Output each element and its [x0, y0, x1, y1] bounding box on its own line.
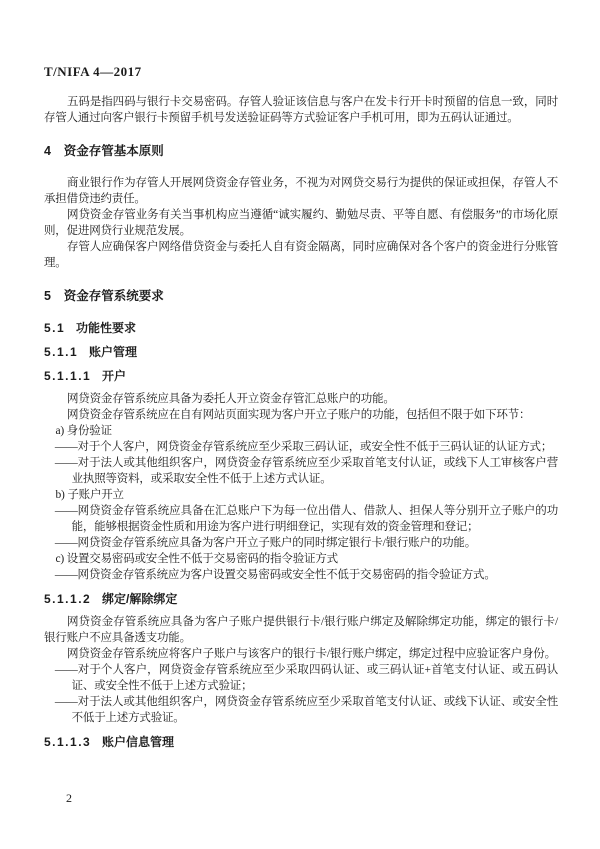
heading-title: 账户信息管理	[102, 735, 174, 749]
document-page: T/NIFA 4—2017 五码是指四码与银行卡交易密码。存管人验证该信息与客户…	[0, 0, 600, 849]
clause-b-label: b) 子账户开立	[56, 487, 559, 503]
section-5-heading: 5资金存管系统要求	[44, 288, 558, 304]
heading-title: 开户	[102, 369, 126, 383]
heading-title: 功能性要求	[76, 321, 136, 335]
section-4-heading: 4资金存管基本原则	[44, 143, 558, 159]
intro-paragraph-five-code: 五码是指四码与银行卡交易密码。存管人验证该信息与客户在发卡行开卡时预留的信息一致…	[44, 94, 558, 126]
dash-item: ——对于个人客户，网贷资金存管系统应至少采取三码认证，或安全性不低于三码认证的认…	[44, 439, 558, 455]
section-5-1-1-1-heading: 5.1.1.1开户	[44, 368, 558, 384]
clause-c-label: c) 设置交易密码或安全性不低于交易密码的指令验证方式	[56, 551, 559, 567]
dash-item: ——网贷资金存管系统应具备为客户开立子账户的同时绑定银行卡/银行账户的功能。	[44, 535, 558, 551]
bind-unbind-paragraph: 网贷资金存管系统应将客户子账户与该客户的银行卡/银行账户绑定，绑定过程中应验证客…	[44, 646, 558, 662]
heading-title: 资金存管系统要求	[64, 289, 164, 303]
section-5-1-heading: 5.1功能性要求	[44, 320, 558, 336]
section-5-1-1-3-heading: 5.1.1.3账户信息管理	[44, 734, 558, 750]
heading-number: 5.1.1.2	[44, 592, 91, 606]
section-5-1-1-2-heading: 5.1.1.2绑定/解除绑定	[44, 591, 558, 607]
section-4-paragraph: 存管人应确保客户网络借贷资金与委托人自有资金隔离，同时应确保对各个客户的资金进行…	[44, 239, 558, 271]
open-account-paragraph: 网贷资金存管系统应在自有网站页面实现为客户开立子账户的功能，包括但不限于如下环节…	[44, 407, 558, 423]
dash-item: ——对于法人或其他组织客户，网贷资金存管系统应至少采取首笔支付认证、或线下认证、…	[44, 694, 558, 726]
dash-item: ——对于法人或其他组织客户，网贷资金存管系统应至少采取首笔支付认证，或线下人工审…	[44, 455, 558, 487]
dash-item: ——对于个人客户，网贷资金存管系统应至少采取四码认证、或三码认证+首笔支付认证、…	[44, 662, 558, 694]
heading-number: 4	[44, 144, 52, 158]
bind-unbind-paragraph: 网贷资金存管系统应具备为客户子账户提供银行卡/银行账户绑定及解除绑定功能，绑定的…	[44, 614, 558, 646]
section-4-paragraph: 商业银行作为存管人开展网贷资金存管业务，不视为对网贷交易行为提供的保证或担保，存…	[44, 175, 558, 207]
page-number: 2	[66, 791, 72, 805]
heading-title: 资金存管基本原则	[64, 144, 164, 158]
dash-item: ——网贷资金存管系统应具备在汇总账户下为每一位出借人、借款人、担保人等分别开立子…	[44, 503, 558, 535]
section-5-1-1-heading: 5.1.1账户管理	[44, 344, 558, 360]
heading-number: 5.1.1.3	[44, 735, 91, 749]
heading-number: 5.1.1.1	[44, 369, 91, 383]
heading-number: 5.1	[44, 321, 65, 335]
heading-title: 账户管理	[89, 345, 137, 359]
heading-title: 绑定/解除绑定	[102, 592, 177, 606]
section-4-paragraph: 网贷资金存管业务有关当事机构应当遵循“诚实履约、勤勉尽责、平等自愿、有偿服务”的…	[44, 207, 558, 239]
standard-number: T/NIFA 4—2017	[44, 64, 558, 80]
clause-a-label: a) 身份验证	[56, 423, 559, 439]
dash-item: ——网贷资金存管系统应为客户设置交易密码或安全性不低于交易密码的指令验证方式。	[44, 567, 558, 583]
open-account-paragraph: 网贷资金存管系统应具备为委托人开立资金存管汇总账户的功能。	[44, 391, 558, 407]
heading-number: 5.1.1	[44, 345, 78, 359]
heading-number: 5	[44, 289, 52, 303]
